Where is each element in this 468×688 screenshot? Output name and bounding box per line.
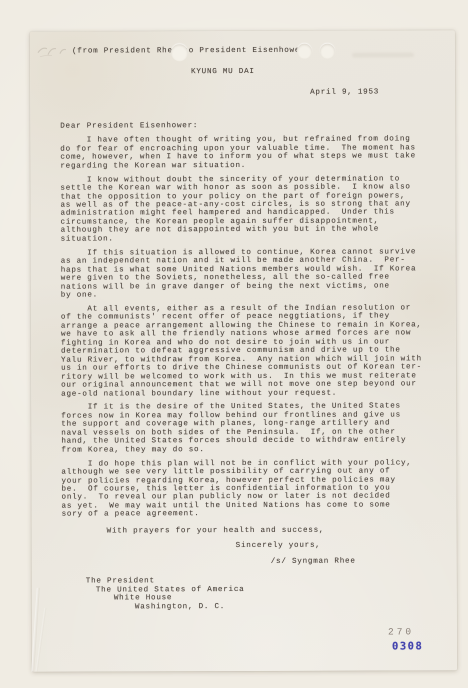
address-block: The President The United States of Ameri… (62, 577, 439, 612)
hole-punch (320, 44, 335, 59)
archive-stamp-number: 0308 (392, 640, 423, 652)
hole-punch (297, 44, 312, 59)
letter-paragraph: If this situation is allowed to continue… (61, 248, 438, 300)
page-number: 270 (388, 626, 414, 637)
address-line: Washington, D. C. (135, 602, 439, 612)
valediction: Sincerely yours, (236, 542, 439, 551)
letterhead: KYUNG MU DAI (191, 68, 437, 77)
header-note: (from President Rhee to President Eisenh… (72, 46, 437, 56)
letter-body: (from President Rhee to President Eisenh… (60, 46, 439, 611)
letter-paragraph: I know without doubt the sincerity of yo… (60, 175, 437, 244)
letter-paragraph: At all events, either as a result of the… (61, 304, 438, 398)
hole-punch (171, 44, 188, 61)
closing-line: With prayers for your health and success… (107, 526, 439, 536)
pencil-mark (36, 41, 88, 61)
letter-paragraph: If it is the desire of the United States… (61, 403, 438, 455)
letter-date: April 9, 1953 (310, 88, 437, 97)
letter-paragraph: I do hope this plan will not be in confl… (61, 459, 438, 519)
letter-page: (from President Rhee to President Eisenh… (30, 30, 457, 671)
salutation: Dear President Eisenhower: (60, 122, 437, 132)
signature: /s/ Syngman Rhee (271, 557, 439, 566)
letter-paragraph: I have often thought of writing you, but… (60, 136, 437, 171)
